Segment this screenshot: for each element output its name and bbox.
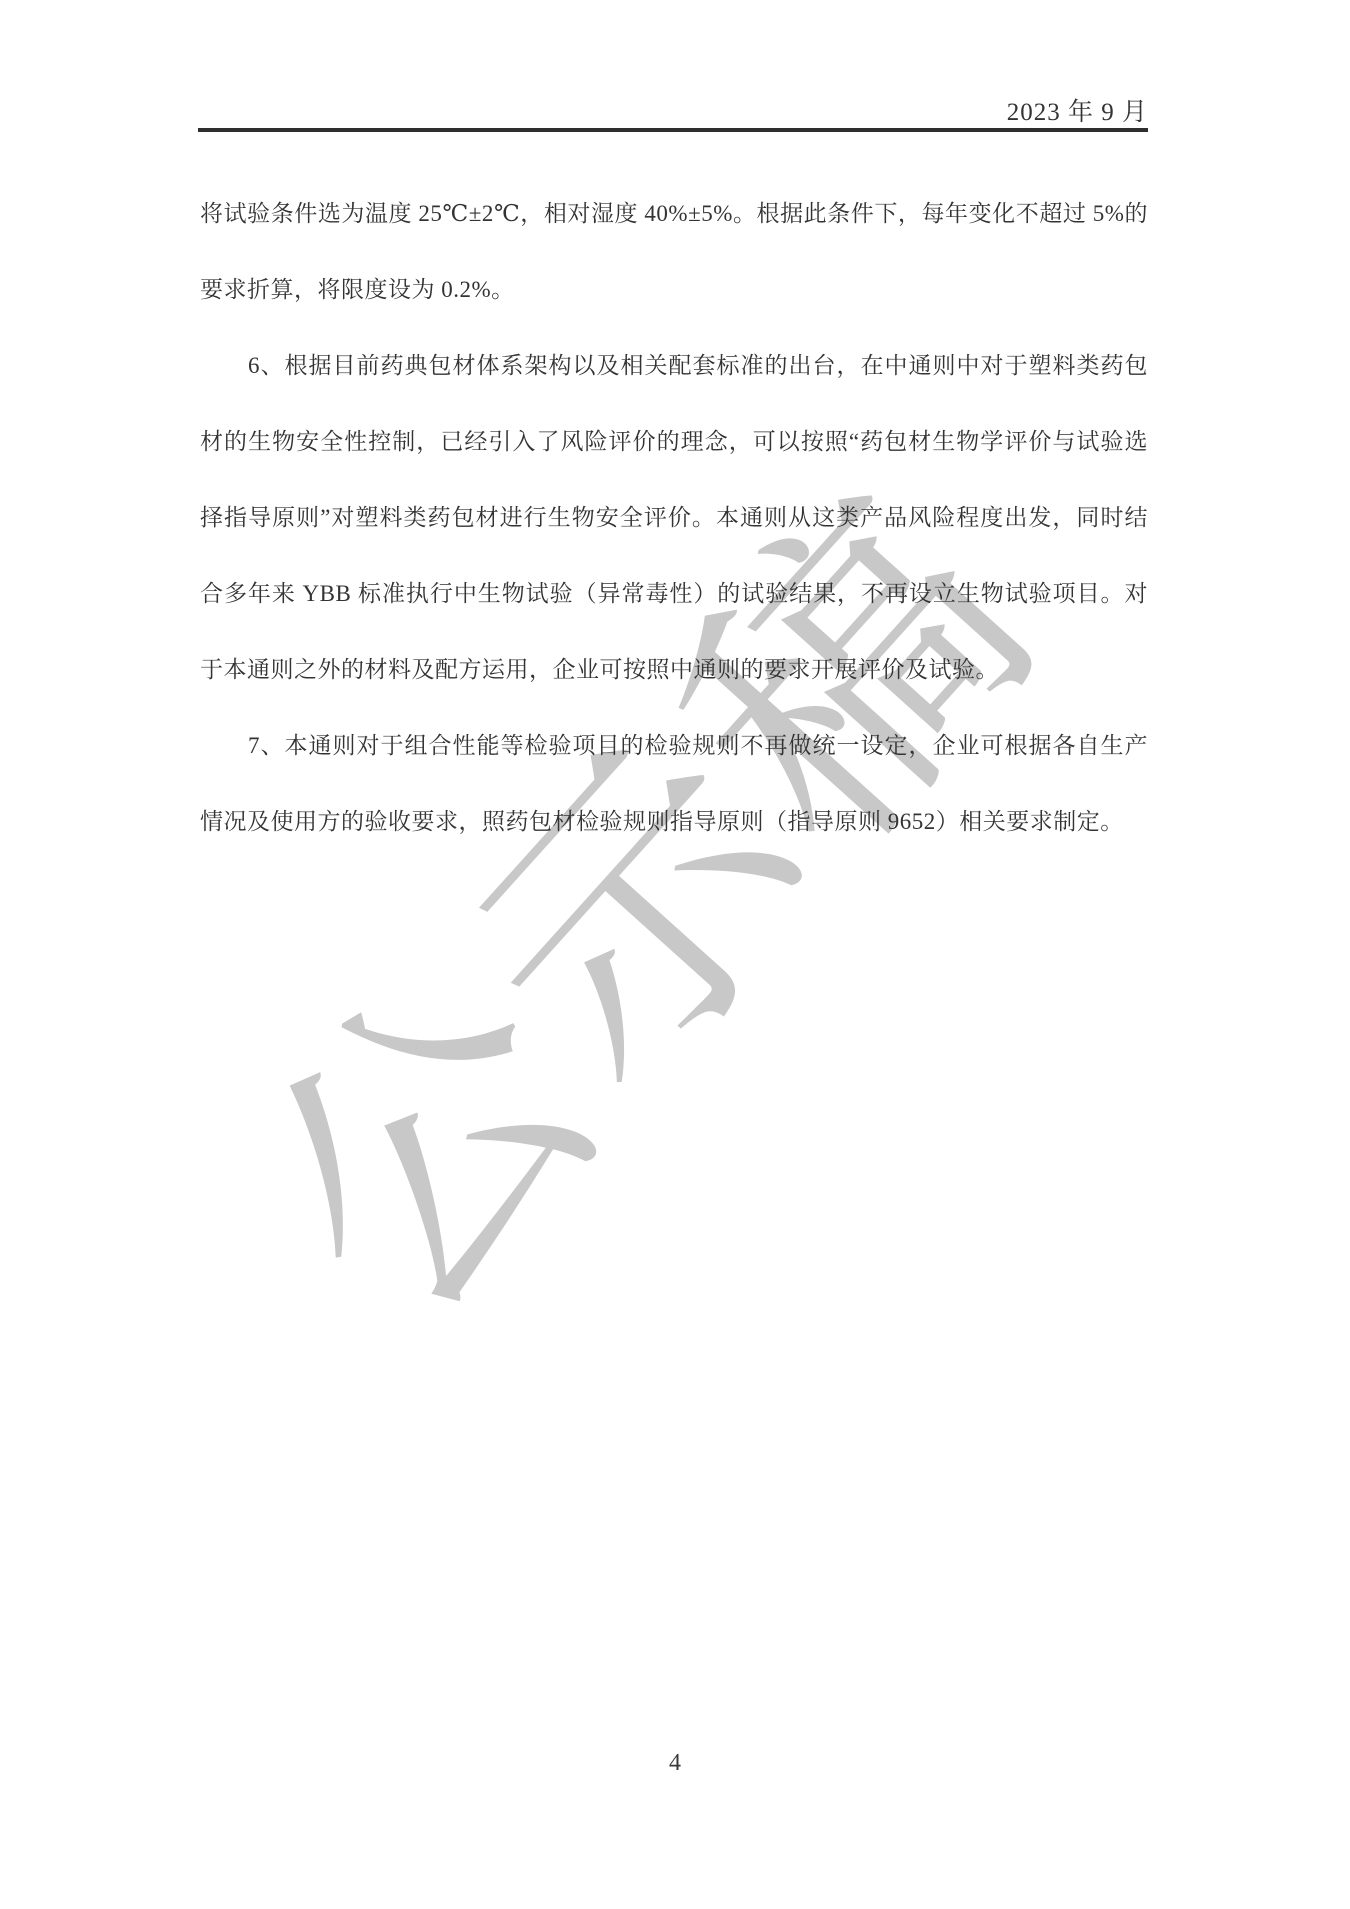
paragraph-line: 情况及使用方的验收要求，照药包材检验规则指导原则（指导原则 9652）相关要求制… xyxy=(200,795,1148,848)
paragraph-line: 将试验条件选为温度 25℃±2℃，相对湿度 40%±5%。根据此条件下，每年变化… xyxy=(200,187,1148,240)
paragraph-line: 7、本通则对于组合性能等检验项目的检验规则不再做统一设定，企业可根据各自生产 xyxy=(200,719,1148,772)
paragraph-line: 于本通则之外的材料及配方运用，企业可按照中通则的要求开展评价及试验。 xyxy=(200,643,1148,696)
document-page: 公示稿 2023 年 9 月 将试验条件选为温度 25℃±2℃，相对湿度 40%… xyxy=(0,0,1350,1909)
page-number: 4 xyxy=(0,1750,1350,1777)
paragraph-line: 要求折算，将限度设为 0.2%。 xyxy=(200,263,1148,316)
document-body: 将试验条件选为温度 25℃±2℃，相对湿度 40%±5%。根据此条件下，每年变化… xyxy=(200,164,1148,871)
header-divider-rule xyxy=(198,128,1148,132)
paragraph-line: 6、根据目前药典包材体系架构以及相关配套标准的出台，在中通则中对于塑料类药包 xyxy=(200,339,1148,392)
paragraph-line: 合多年来 YBB 标准执行中生物试验（异常毒性）的试验结果，不再设立生物试验项目… xyxy=(200,567,1148,620)
header-date: 2023 年 9 月 xyxy=(200,92,1148,128)
paragraph-line: 择指导原则”对塑料类药包材进行生物安全评价。本通则从这类产品风险程度出发，同时结 xyxy=(200,491,1148,544)
paragraph-line: 材的生物安全性控制，已经引入了风险评价的理念，可以按照“药包材生物学评价与试验选 xyxy=(200,415,1148,468)
